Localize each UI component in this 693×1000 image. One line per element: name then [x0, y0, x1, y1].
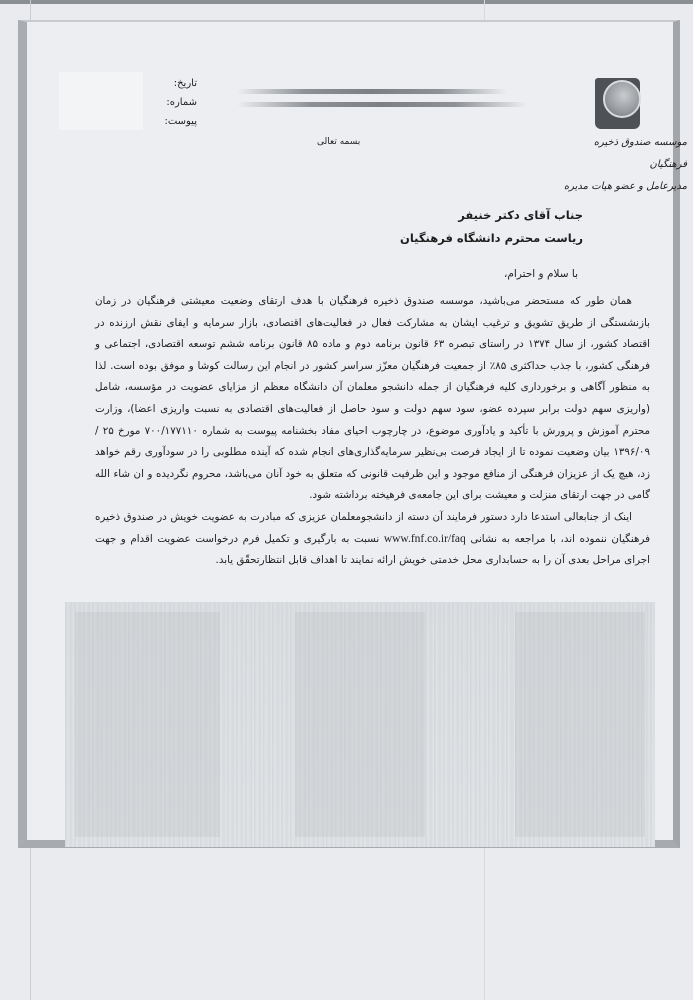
fund-logo-icon — [595, 78, 640, 129]
letter-page: تاریخ: شماره: پیوست: بسمه تعالی موسسه صن… — [18, 20, 680, 848]
letter-body: همان طور که مستحضر می‌باشید، موسسه صندوق… — [95, 291, 650, 572]
addressee-name: جناب آقای دکتر خنیفر — [400, 204, 583, 227]
basmala: بسمه تعالی — [317, 137, 360, 147]
redacted-column — [295, 612, 425, 837]
redacted-column — [515, 612, 645, 837]
letter-meta: تاریخ: شماره: پیوست: — [147, 74, 197, 131]
decorative-stripe — [237, 102, 527, 107]
addressee-title: ریاست محترم دانشگاه فرهنگیان — [400, 227, 583, 250]
addressee: جناب آقای دکتر خنیفر ریاست محترم دانشگاه… — [400, 204, 583, 250]
greeting: با سلام و احترام، — [504, 268, 578, 280]
date-label: تاریخ: — [147, 74, 197, 93]
scan-edge — [0, 0, 693, 4]
redacted-column — [75, 612, 220, 837]
logo-sphere — [603, 80, 641, 118]
organization-department: مدیرعامل و عضو هیات مدیره — [557, 176, 687, 198]
redacted-date-box — [59, 72, 143, 130]
decorative-stripe — [237, 89, 507, 94]
organization-name: موسسه صندوق ذخیره فرهنگیان — [557, 132, 687, 176]
organization-block: موسسه صندوق ذخیره فرهنگیان مدیرعامل و عض… — [557, 132, 687, 198]
faq-url-link[interactable]: www.fnf.co.ir/faq — [384, 533, 466, 545]
body-paragraph-2: اینک از جنابعالی استدعا دارد دستور فرمای… — [95, 507, 650, 572]
attachment-label: پیوست: — [147, 112, 197, 131]
number-label: شماره: — [147, 93, 197, 112]
redacted-signature-area — [65, 602, 655, 847]
body-paragraph-1: همان طور که مستحضر می‌باشید، موسسه صندوق… — [95, 291, 650, 507]
